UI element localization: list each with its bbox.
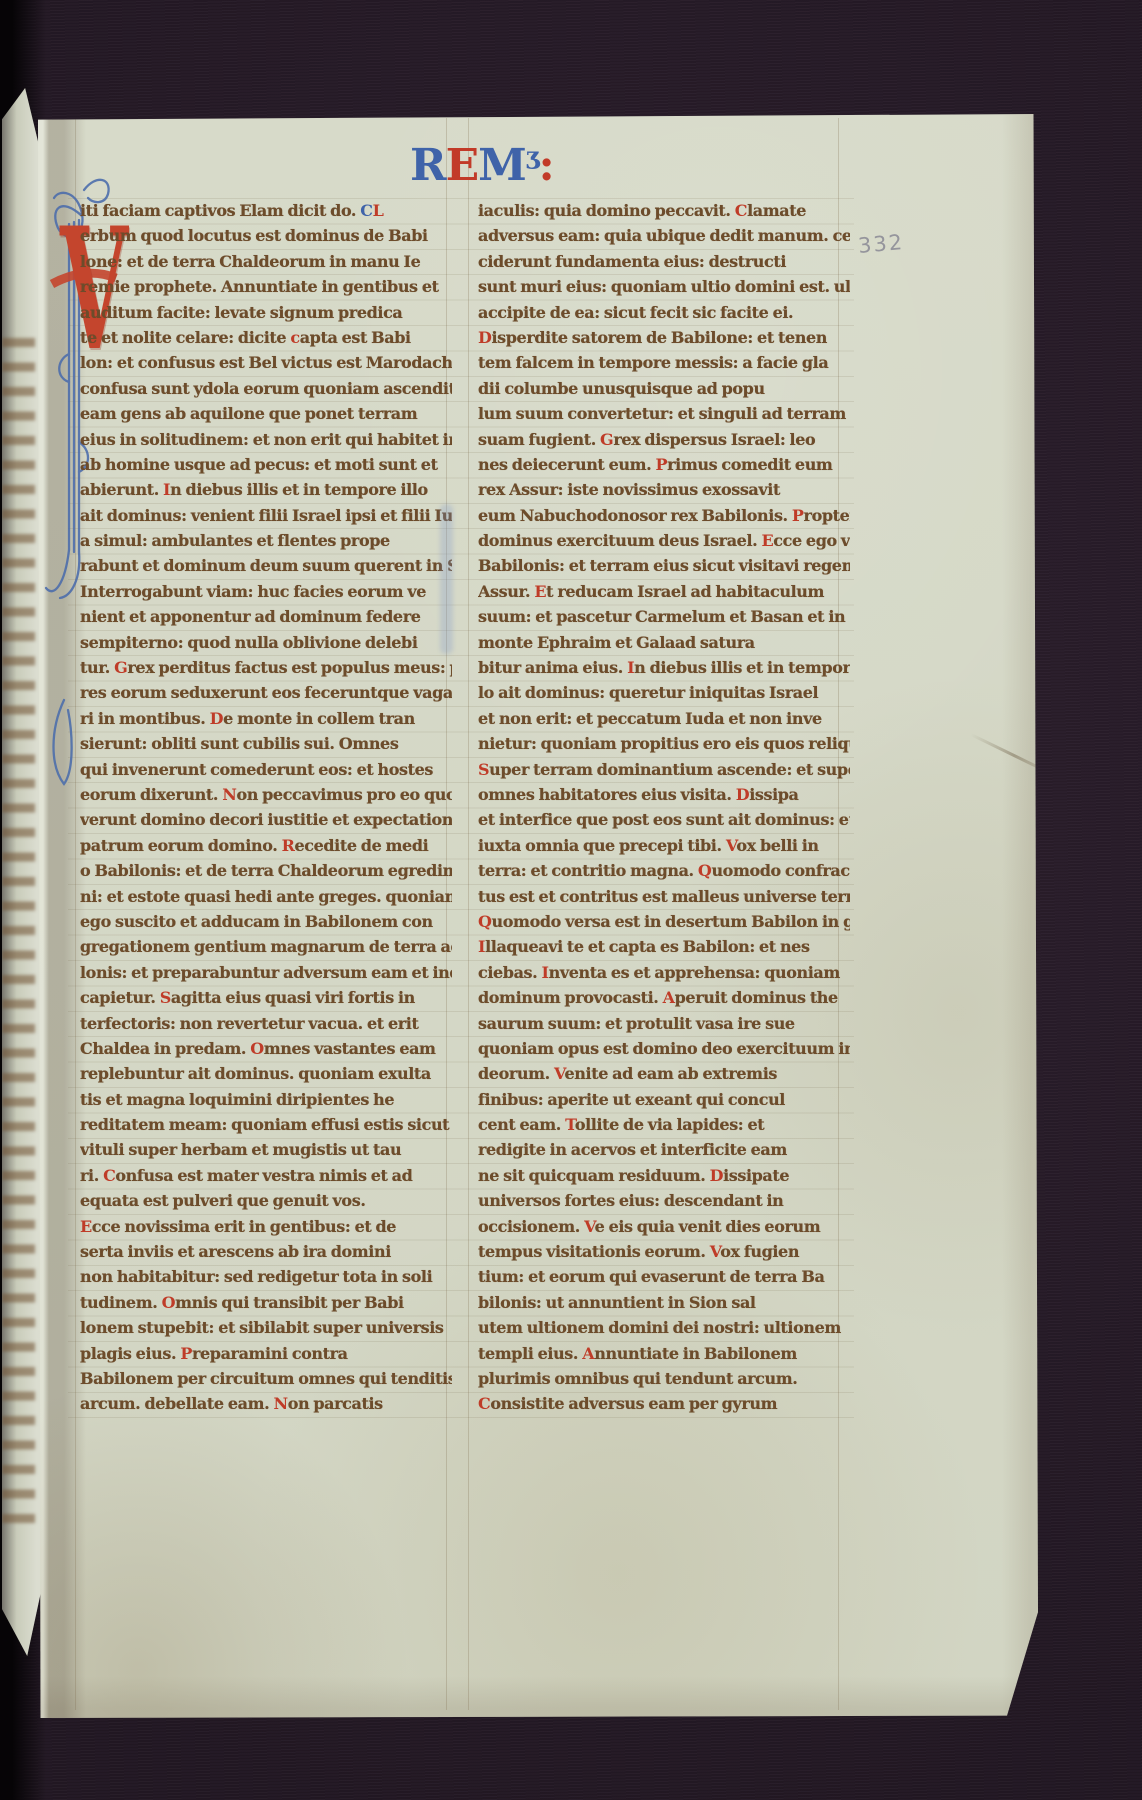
text-line: vituli super herbam et mugistis ut tau: [80, 1137, 452, 1162]
text-line: auditum facite: levate signum predica: [80, 300, 452, 325]
text-line: adversus eam: quia ubique dedit manum. c…: [478, 223, 850, 248]
text-line: serta inviis et arescens ab ira domini: [80, 1239, 452, 1264]
text-line: lonem stupebit: et sibilabit super unive…: [80, 1315, 452, 1340]
text-line: qui invenerunt comederunt eos: et hostes: [80, 757, 452, 782]
text-line: bitur anima eius. In diebus illis et in …: [478, 655, 850, 680]
text-line: dii columbe unusquisque ad popu: [478, 376, 850, 401]
left-text-column: iti faciam captivos Elam dicit do. CLerb…: [80, 198, 452, 1417]
facing-page-text-showthrough: [2, 338, 35, 1526]
text-line: finibus: aperite ut exeant qui concul: [478, 1087, 850, 1112]
text-line: Interrogabunt viam: huc facies eorum ve: [80, 579, 452, 604]
folio-number: 332: [857, 230, 905, 258]
text-line: accipite de ea: sicut fecit sic facite e…: [478, 300, 850, 325]
text-line: tur. Grex perditus factus est populus me…: [80, 655, 452, 680]
text-line: et non erit: et peccatum Iuda et non inv…: [478, 706, 850, 731]
text-line: iuxta omnia que precepi tibi. Vox belli …: [478, 833, 850, 858]
text-line: nietur: quoniam propitius ero eis quos r…: [478, 731, 850, 756]
text-line: o Babilonis: et de terra Chaldeorum egre…: [80, 858, 452, 883]
text-line: omnes habitatores eius visita. Dissipa: [478, 782, 850, 807]
text-line: verunt domino decori iustitie et expecta…: [80, 807, 452, 832]
text-line: tis et magna loquimini diripientes he: [80, 1087, 452, 1112]
text-line: eam gens ab aquilone que ponet terram: [80, 401, 452, 426]
text-line: capietur. Sagitta eius quasi viri fortis…: [80, 985, 452, 1010]
text-line: ri in montibus. De monte in collem tran: [80, 706, 452, 731]
text-line: tus est et contritus est malleus univers…: [478, 884, 850, 909]
text-line: tudinem. Omnis qui transibit per Babi: [80, 1290, 452, 1315]
text-line: sempiterno: quod nulla oblivione delebi: [80, 630, 452, 655]
text-line: lonis: et preparabuntur adversum eam et …: [80, 960, 452, 985]
text-line: non habitabitur: sed redigetur tota in s…: [80, 1264, 452, 1289]
text-line: te et nolite celare: dicite capta est Ba…: [80, 325, 452, 350]
text-line: ne sit quicquam residuum. Dissipate: [478, 1163, 850, 1188]
text-line: Disperdite satorem de Babilone: et tenen: [478, 325, 850, 350]
facing-page-edge: [2, 88, 44, 1656]
text-line: iti faciam captivos Elam dicit do. CL: [80, 198, 452, 223]
text-line: gregationem gentium magnarum de terra aq…: [80, 934, 452, 959]
text-line: tempus visitationis eorum. Vox fugien: [478, 1239, 850, 1264]
text-line: utem ultionem domini dei nostri: ultione…: [478, 1315, 850, 1340]
text-line: ciebas. Inventa es et apprehensa: quonia…: [478, 960, 850, 985]
text-line: templi eius. Annuntiate in Babilonem: [478, 1341, 850, 1366]
text-line: Consistite adversus eam per gyrum: [478, 1391, 850, 1416]
bleed-through-mark: [440, 504, 453, 654]
text-line: ciderunt fundamenta eius: destructi: [478, 249, 850, 274]
text-line: dominum provocasti. Aperuit dominus the: [478, 985, 850, 1010]
text-line: reditatem meam: quoniam effusi estis sic…: [80, 1112, 452, 1137]
text-line: bilonis: ut annuntient in Sion sal: [478, 1290, 850, 1315]
text-line: Assur. Et reducam Israel ad habitaculum: [478, 579, 850, 604]
text-line: monte Ephraim et Galaad satura: [478, 630, 850, 655]
text-line: sierunt: obliti sunt cubilis sui. Omnes: [80, 731, 452, 756]
text-line: sunt muri eius: quoniam ultio domini est…: [478, 274, 850, 299]
ruling-line-center-right: [468, 118, 469, 1710]
text-line: a simul: ambulantes et flentes prope: [80, 528, 452, 553]
text-line: nes deiecerunt eum. Primus comedit eum: [478, 452, 850, 477]
text-line: erbum quod locutus est dominus de Babi: [80, 223, 452, 248]
text-line: arcum. debellate eam. Non parcatis: [80, 1391, 452, 1416]
text-line: plurimis omnibus qui tendunt arcum.: [478, 1366, 850, 1391]
text-line: patrum eorum domino. Recedite de medi: [80, 833, 452, 858]
text-line: ni: et estote quasi hedi ante greges. qu…: [80, 884, 452, 909]
text-line: occisionem. Ve eis quia venit dies eorum: [478, 1214, 850, 1239]
text-line: eorum dixerunt. Non peccavimus pro eo qu…: [80, 782, 452, 807]
text-line: abierunt. In diebus illis et in tempore …: [80, 477, 452, 502]
text-line: dominus exercituum deus Israel. Ecce ego…: [478, 528, 850, 553]
text-line: plagis eius. Preparamini contra: [80, 1341, 452, 1366]
text-line: quoniam opus est domino deo exercituum i…: [478, 1036, 850, 1061]
text-line: lone: et de terra Chaldeorum in manu Ie: [80, 249, 452, 274]
text-line: REMʒ:: [410, 130, 554, 192]
text-line: lo ait dominus: queretur iniquitas Israe…: [478, 680, 850, 705]
text-line: eum Nabuchodonosor rex Babilonis. Propte…: [478, 503, 850, 528]
right-text-column: iaculis: quia domino peccavit. Clamatead…: [478, 198, 850, 1417]
text-line: Illaqueavi te et capta es Babilon: et ne…: [478, 934, 850, 959]
text-line: Chaldea in predam. Omnes vastantes eam: [80, 1036, 452, 1061]
text-line: nient et apponentur ad dominum federe: [80, 604, 452, 629]
manuscript-page: REMʒ: 332 V iti faciam captivos Elam dic…: [38, 114, 1038, 1718]
text-line: et interfice que post eos sunt ait domin…: [478, 807, 850, 832]
text-line: lum suum convertetur: et singuli ad terr…: [478, 401, 850, 426]
text-line: replebuntur ait dominus. quoniam exulta: [80, 1061, 452, 1086]
manuscript-photo: REMʒ: 332 V iti faciam captivos Elam dic…: [0, 0, 1142, 1800]
text-line: Babilonis: et terram eius sicut visitavi…: [478, 553, 850, 578]
text-line: tium: et eorum qui evaserunt de terra Ba: [478, 1264, 850, 1289]
text-line: equata est pulveri que genuit vos.: [80, 1188, 452, 1213]
text-line: confusa sunt ydola eorum quoniam ascendi…: [80, 376, 452, 401]
text-line: res eorum seduxerunt eos feceruntque vag…: [80, 680, 452, 705]
text-line: terfectoris: non revertetur vacua. et er…: [80, 1011, 452, 1036]
text-line: eius in solitudinem: et non erit qui hab…: [80, 427, 452, 452]
text-line: Ecce novissima erit in gentibus: et de: [80, 1214, 452, 1239]
text-line: lon: et confusus est Bel victus est Maro…: [80, 350, 452, 375]
text-line: saurum suum: et protulit vasa ire sue: [478, 1011, 850, 1036]
text-line: remie prophete. Annuntiate in gentibus e…: [80, 274, 452, 299]
text-line: cent eam. Tollite de via lapides: et: [478, 1112, 850, 1137]
text-line: suum: et pascetur Carmelum et Basan et i…: [478, 604, 850, 629]
text-line: Quomodo versa est in desertum Babilon in…: [478, 909, 850, 934]
running-title: REMʒ:: [410, 130, 554, 192]
text-line: suam fugient. Grex dispersus Israel: leo: [478, 427, 850, 452]
text-line: redigite in acervos et interficite eam: [478, 1137, 850, 1162]
text-line: deorum. Venite ad eam ab extremis: [478, 1061, 850, 1086]
text-line: tem falcem in tempore messis: a facie gl…: [478, 350, 850, 375]
text-line: ait dominus: venient filii Israel ipsi e…: [80, 503, 452, 528]
text-line: rex Assur: iste novissimus exossavit: [478, 477, 850, 502]
text-line: ab homine usque ad pecus: et moti sunt e…: [80, 452, 452, 477]
text-line: Babilonem per circuitum omnes qui tendit…: [80, 1366, 452, 1391]
text-line: ego suscito et adducam in Babilonem con: [80, 909, 452, 934]
text-line: terra: et contritio magna. Quomodo confr…: [478, 858, 850, 883]
text-line: rabunt et dominum deum suum querent in S…: [80, 553, 452, 578]
text-line: iaculis: quia domino peccavit. Clamate: [478, 198, 850, 223]
text-line: universos fortes eius: descendant in: [478, 1188, 850, 1213]
text-line: Super terram dominantium ascende: et sup…: [478, 757, 850, 782]
text-line: ri. Confusa est mater vestra nimis et ad: [80, 1163, 452, 1188]
